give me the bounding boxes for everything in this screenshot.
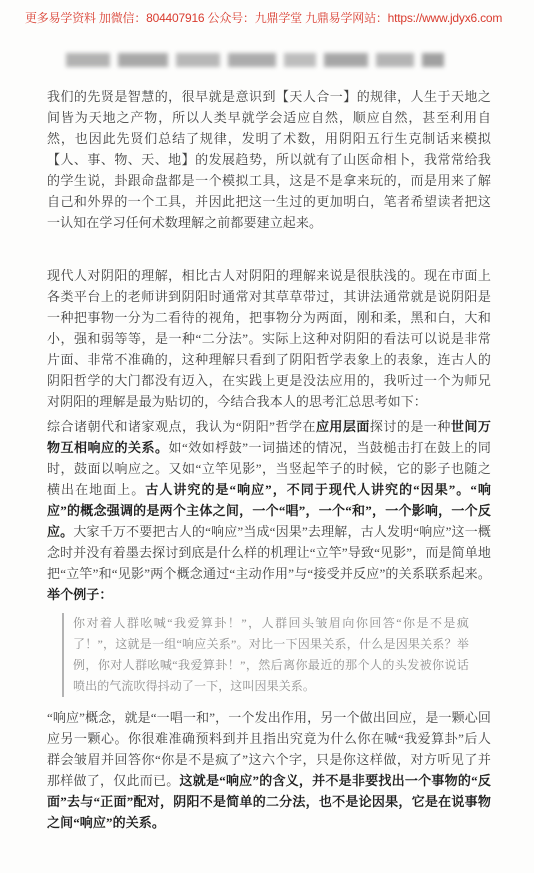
text-segment: 探讨的是一种 xyxy=(370,419,451,434)
text-segment: 现代人对阴阳的理解，相比古人对阴阳的理解来说是很肤浅的。现在市面上各类平台上的老… xyxy=(47,268,491,409)
text-segment: 综合诸朝代和诸家观点，我认为“阴阳”哲学在 xyxy=(47,419,316,434)
blur-block xyxy=(376,53,414,67)
blur-block xyxy=(66,53,110,67)
text-segment: 我们的先贤是智慧的，很早就是意识到【天人合一】的规律，人生于天地之间皆为天地之产… xyxy=(47,89,491,230)
text-segment-bold: 应用层面 xyxy=(316,419,370,434)
paragraph-yinyang-response: 综合诸朝代和诸家观点，我认为“阴阳”哲学在应用层面探讨的是一种世间万物互相响应的… xyxy=(47,416,491,605)
blur-block xyxy=(284,53,316,67)
redacted-title-blur xyxy=(66,53,444,67)
blur-block xyxy=(324,53,368,67)
example-blockquote: 你对着人群吆喊“我爱算卦！”，人群回头皱眉向你回答“你是不是疯了！”，这就是一组… xyxy=(62,613,469,697)
paragraph-conclusion: “响应”概念，就是“一唱一和”，一个发出作用，另一个做出回应，是一颗心回应另一颗… xyxy=(47,707,491,833)
blur-block xyxy=(176,53,220,67)
blur-block xyxy=(118,53,168,67)
promo-header-text: 更多易学资料 加微信：804407916 公众号：九鼎学堂 九鼎易学网站：htt… xyxy=(25,9,502,26)
text-segment: 你对着人群吆喊“我爱算卦！”，人群回头皱眉向你回答“你是不是疯了！”，这就是一组… xyxy=(73,616,469,693)
blur-block xyxy=(422,53,444,67)
scanned-document-page: 更多易学资料 加微信：804407916 公众号：九鼎学堂 九鼎易学网站：htt… xyxy=(0,0,534,873)
blur-block xyxy=(228,53,276,67)
text-segment-bold: 举个例子： xyxy=(47,587,113,602)
paragraph-intro: 我们的先贤是智慧的，很早就是意识到【天人合一】的规律，人生于天地之间皆为天地之产… xyxy=(47,86,491,233)
text-segment: 大家千万不要把古人的“响应”当成“因果”去理解，古人发明“响应”这一概念时并没有… xyxy=(47,524,491,581)
document-body: 我们的先贤是智慧的，很早就是意识到【天人合一】的规律，人生于天地之间皆为天地之产… xyxy=(47,86,491,833)
paragraph-modern-view: 现代人对阴阳的理解，相比古人对阴阳的理解来说是很肤浅的。现在市面上各类平台上的老… xyxy=(47,265,491,412)
